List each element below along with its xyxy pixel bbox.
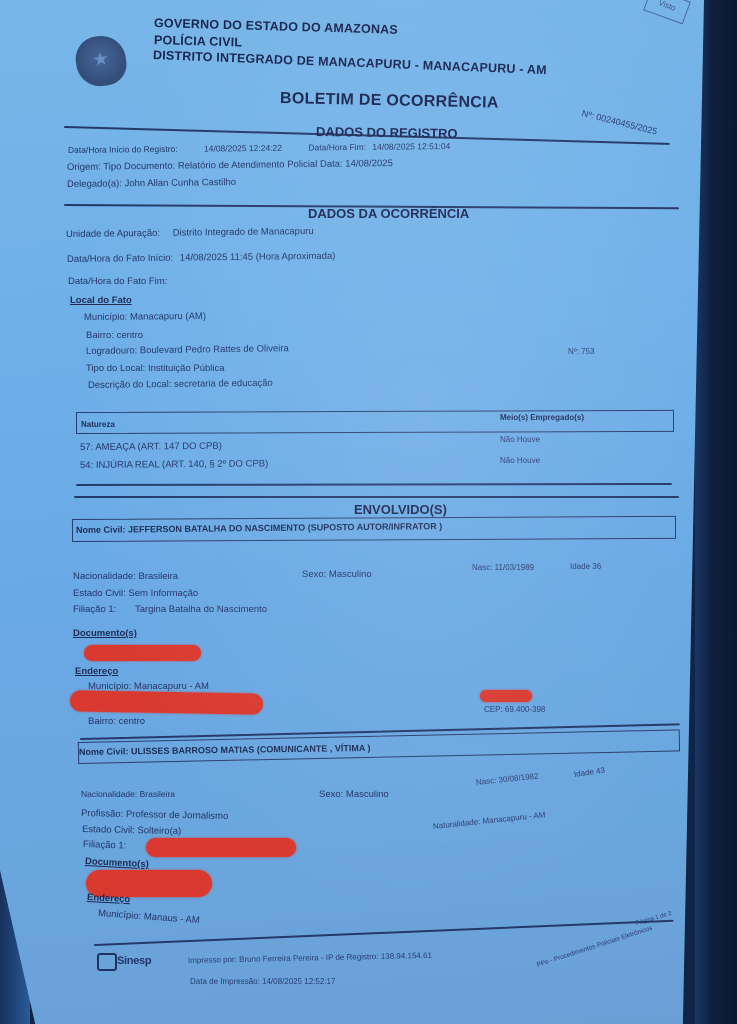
registro-inicio: Data/Hora Início do Registro: 14/08/2025… bbox=[68, 141, 450, 155]
footer-page-number: Página 1 de 2 bbox=[635, 911, 672, 927]
registro-fim-label: Data/Hora Fim: bbox=[308, 142, 366, 153]
person-1-filiacao: Filiação 1: Targina Batalha do Nasciment… bbox=[73, 604, 267, 615]
person-2-estado-civil: Estado Civil: Solteiro(a) bbox=[82, 824, 181, 837]
footer-data-impressao: Data de Impressão: 14/08/2025 12:52:17 bbox=[190, 977, 335, 986]
person-2-naturalidade: Naturalidade: Manacapuru - AM bbox=[433, 810, 546, 831]
person-1-endereco-heading: Endereço bbox=[75, 666, 118, 677]
section-registro-title: DADOS DO REGISTRO bbox=[316, 124, 458, 141]
redaction-person-1-numero bbox=[480, 690, 532, 702]
fato-inicio: Data/Hora do Fato Início: 14/08/2025 11:… bbox=[67, 251, 336, 265]
local-descricao: Descrição do Local: secretaria de educaç… bbox=[88, 378, 273, 391]
footer-system-name: PPe - Procedimentos Policiais Eletrônico… bbox=[536, 925, 653, 969]
natureza-table-header bbox=[76, 410, 674, 434]
registro-delegado: Delegado(a): John Allan Cunha Castilho bbox=[67, 177, 236, 190]
natureza-row-2-crime: 54: INJÚRIA REAL (ART. 140, § 2º DO CPB) bbox=[80, 458, 268, 471]
local-bairro: Bairro: centro bbox=[86, 330, 143, 341]
corner-stamp: Visto bbox=[643, 0, 691, 24]
header-police: POLÍCIA CIVIL bbox=[154, 33, 243, 49]
registro-origem: Origem: Tipo Documento: Relatório de Ate… bbox=[67, 158, 393, 173]
person-1-estado-civil: Estado Civil: Sem Informação bbox=[73, 588, 198, 599]
registro-fim-value: 14/08/2025 12:51:04 bbox=[372, 141, 450, 152]
report-number: Nº: 00240455/2025 bbox=[581, 108, 658, 136]
section-envolvidos-title: ENVOLVIDO(S) bbox=[354, 502, 447, 517]
redaction-person-1-logradouro bbox=[70, 690, 263, 714]
redaction-person-2-filiacao bbox=[146, 838, 296, 857]
person-2-nacionalidade: Nacionalidade: Brasileira bbox=[81, 789, 175, 799]
divider bbox=[74, 496, 679, 498]
registro-inicio-value: 14/08/2025 12:24:22 bbox=[204, 143, 282, 154]
person-2-nasc: Nasc: 30/08/1982 bbox=[476, 771, 539, 787]
natureza-row-2-meio: Não Houve bbox=[500, 456, 540, 465]
page-title: BOLETIM DE OCORRÊNCIA bbox=[280, 90, 499, 113]
footer-impresso-por: Impresso por: Bruno Ferreira Pereira - I… bbox=[188, 951, 432, 965]
person-1-bairro: Bairro: centro bbox=[88, 716, 145, 727]
person-2-sexo: Sexo: Masculino bbox=[319, 789, 389, 800]
natureza-header: Natureza bbox=[81, 420, 115, 429]
person-1-idade: Idade 36 bbox=[570, 562, 601, 571]
person-1-documentos-heading: Documento(s) bbox=[73, 628, 137, 639]
local-tipo: Tipo do Local: Instituição Pública bbox=[86, 363, 225, 374]
local-municipio: Município: Manacapuru (AM) bbox=[84, 311, 206, 323]
local-heading: Local do Fato bbox=[70, 295, 132, 306]
person-2-idade: Idade 43 bbox=[573, 766, 605, 779]
natureza-row-1-meio: Não Houve bbox=[500, 435, 540, 444]
background-surface bbox=[695, 0, 737, 1024]
unidade-apuracao: Unidade de Apuração: Distrito Integrado … bbox=[66, 226, 314, 240]
local-logradouro: Logradouro: Boulevard Pedro Rattes de Ol… bbox=[86, 343, 289, 357]
person-1-cep: CEP: 69.400-398 bbox=[484, 705, 545, 714]
divider bbox=[76, 483, 672, 486]
police-badge-icon: ★ bbox=[73, 33, 129, 89]
natureza-row-1-crime: 57: AMEAÇA (ART. 147 DO CPB) bbox=[80, 441, 222, 453]
sinesp-logo-text: Sinesp bbox=[117, 955, 151, 967]
sinesp-logo-icon bbox=[97, 953, 117, 971]
person-2-endereco-heading: Endereço bbox=[87, 892, 131, 905]
section-ocorrencia-title: DADOS DA OCORRÊNCIA bbox=[308, 206, 469, 221]
person-2-profissao: Profissão: Professor de Jornalismo bbox=[81, 808, 229, 822]
meio-header: Meio(s) Empregado(s) bbox=[500, 413, 584, 422]
header-district: DISTRITO INTEGRADO DE MANACAPURU - MANAC… bbox=[153, 48, 547, 77]
registro-inicio-label: Data/Hora Início do Registro: bbox=[68, 144, 178, 155]
person-2-documentos-heading: Documento(s) bbox=[85, 856, 149, 870]
person-2-filiacao-label: Filiação 1: bbox=[83, 839, 127, 852]
document-page: Visto ★ GOVERNO DO ESTADO DO AMAZONAS PO… bbox=[0, 0, 704, 1024]
person-2-municipio: Município: Manaus - AM bbox=[98, 908, 200, 926]
redaction-person-1-documentos bbox=[84, 645, 201, 661]
local-numero: Nº: 753 bbox=[568, 347, 595, 356]
person-1-nacionalidade: Nacionalidade: Brasileira bbox=[73, 571, 178, 582]
person-1-nasc: Nasc: 11/03/1989 bbox=[472, 563, 534, 572]
person-1-sexo: Sexo: Masculino bbox=[302, 569, 372, 580]
fato-fim: Data/Hora do Fato Fim: bbox=[68, 276, 167, 287]
